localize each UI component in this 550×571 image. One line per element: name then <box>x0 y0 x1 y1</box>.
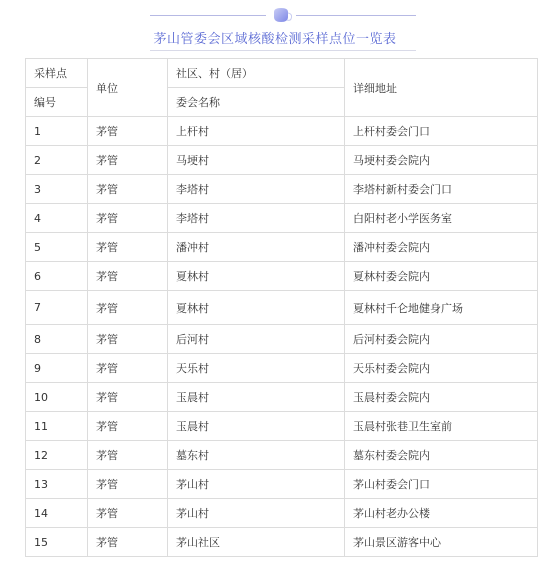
cell-community: 夏林村 <box>168 262 345 291</box>
cell-community: 茅山社区 <box>168 528 345 557</box>
cell-number: 5 <box>26 233 88 262</box>
cell-unit: 茅管 <box>88 412 168 441</box>
cell-address: 玉晨村张巷卫生室前 <box>345 412 538 441</box>
cell-unit: 茅管 <box>88 383 168 412</box>
cell-unit: 茅管 <box>88 499 168 528</box>
cell-unit: 茅管 <box>88 354 168 383</box>
cell-community: 玉晨村 <box>168 412 345 441</box>
cell-number: 11 <box>26 412 88 441</box>
table-row: 1茅管上杆村上杆村委会门口 <box>26 117 538 146</box>
cell-address: 白阳村老小学医务室 <box>345 204 538 233</box>
cell-address: 夏林村委会院内 <box>345 262 538 291</box>
cell-address: 马埂村委会院内 <box>345 146 538 175</box>
title-divider-left <box>150 15 266 16</box>
table-row: 4茅管李塔村白阳村老小学医务室 <box>26 204 538 233</box>
title-block: 茅山管委会区域核酸检测采样点位一览表 <box>0 0 550 56</box>
cell-number: 3 <box>26 175 88 204</box>
cell-unit: 茅管 <box>88 175 168 204</box>
sampling-sites-table: 采样点 单位 社区、村（居） 详细地址 编号 委会名称 1茅管上杆村上杆村委会门… <box>25 58 538 557</box>
cell-community: 夏林村 <box>168 291 345 325</box>
table-row: 15茅管茅山社区茅山景区游客中心 <box>26 528 538 557</box>
title-divider-right <box>296 15 416 16</box>
cell-number: 10 <box>26 383 88 412</box>
cell-number: 6 <box>26 262 88 291</box>
table-row: 2茅管马埂村马埂村委会院内 <box>26 146 538 175</box>
cell-number: 1 <box>26 117 88 146</box>
cell-unit: 茅管 <box>88 117 168 146</box>
table-row: 7茅管夏林村夏林村千仑地健身广场 <box>26 291 538 325</box>
cell-community: 李塔村 <box>168 175 345 204</box>
cell-community: 茅山村 <box>168 499 345 528</box>
table-row: 5茅管潘冲村潘冲村委会院内 <box>26 233 538 262</box>
cell-number: 15 <box>26 528 88 557</box>
header-row: 采样点 单位 社区、村（居） 详细地址 <box>26 59 538 88</box>
cell-address: 李塔村新村委会门口 <box>345 175 538 204</box>
header-unit: 单位 <box>88 59 168 117</box>
cell-address: 上杆村委会门口 <box>345 117 538 146</box>
cell-number: 9 <box>26 354 88 383</box>
cell-address: 茅山村委会门口 <box>345 470 538 499</box>
header-sample-number: 编号 <box>26 88 88 117</box>
table-row: 10茅管玉晨村玉晨村委会院内 <box>26 383 538 412</box>
cell-unit: 茅管 <box>88 441 168 470</box>
cell-community: 茅山村 <box>168 470 345 499</box>
cell-unit: 茅管 <box>88 146 168 175</box>
cell-unit: 茅管 <box>88 528 168 557</box>
cell-unit: 茅管 <box>88 470 168 499</box>
cell-unit: 茅管 <box>88 262 168 291</box>
cell-address: 潘冲村委会院内 <box>345 233 538 262</box>
table-row: 9茅管天乐村天乐村委会院内 <box>26 354 538 383</box>
cell-unit: 茅管 <box>88 233 168 262</box>
cell-number: 2 <box>26 146 88 175</box>
cell-number: 12 <box>26 441 88 470</box>
table-row: 3茅管李塔村李塔村新村委会门口 <box>26 175 538 204</box>
header-committee-name: 委会名称 <box>168 88 345 117</box>
cell-address: 墓东村委会院内 <box>345 441 538 470</box>
cell-number: 4 <box>26 204 88 233</box>
table-row: 6茅管夏林村夏林村委会院内 <box>26 262 538 291</box>
cell-address: 后河村委会院内 <box>345 325 538 354</box>
cell-community: 马埂村 <box>168 146 345 175</box>
cell-address: 夏林村千仑地健身广场 <box>345 291 538 325</box>
cell-number: 14 <box>26 499 88 528</box>
cell-community: 潘冲村 <box>168 233 345 262</box>
header-community: 社区、村（居） <box>168 59 345 88</box>
page-title: 茅山管委会区域核酸检测采样点位一览表 <box>0 28 550 47</box>
cell-number: 8 <box>26 325 88 354</box>
cell-address: 茅山景区游客中心 <box>345 528 538 557</box>
cell-community: 后河村 <box>168 325 345 354</box>
table-row: 13茅管茅山村茅山村委会门口 <box>26 470 538 499</box>
cell-number: 13 <box>26 470 88 499</box>
title-underline <box>150 50 416 51</box>
cell-unit: 茅管 <box>88 204 168 233</box>
cell-community: 李塔村 <box>168 204 345 233</box>
cell-unit: 茅管 <box>88 291 168 325</box>
table-row: 8茅管后河村后河村委会院内 <box>26 325 538 354</box>
cell-number: 7 <box>26 291 88 325</box>
cell-unit: 茅管 <box>88 325 168 354</box>
table-row: 14茅管茅山村茅山村老办公楼 <box>26 499 538 528</box>
mask-icon <box>270 6 294 24</box>
cell-address: 玉晨村委会院内 <box>345 383 538 412</box>
cell-community: 上杆村 <box>168 117 345 146</box>
cell-community: 天乐村 <box>168 354 345 383</box>
cell-community: 玉晨村 <box>168 383 345 412</box>
header-sample-point: 采样点 <box>26 59 88 88</box>
table-row: 11茅管玉晨村玉晨村张巷卫生室前 <box>26 412 538 441</box>
header-address: 详细地址 <box>345 59 538 117</box>
cell-community: 墓东村 <box>168 441 345 470</box>
cell-address: 天乐村委会院内 <box>345 354 538 383</box>
cell-address: 茅山村老办公楼 <box>345 499 538 528</box>
table-row: 12茅管墓东村墓东村委会院内 <box>26 441 538 470</box>
